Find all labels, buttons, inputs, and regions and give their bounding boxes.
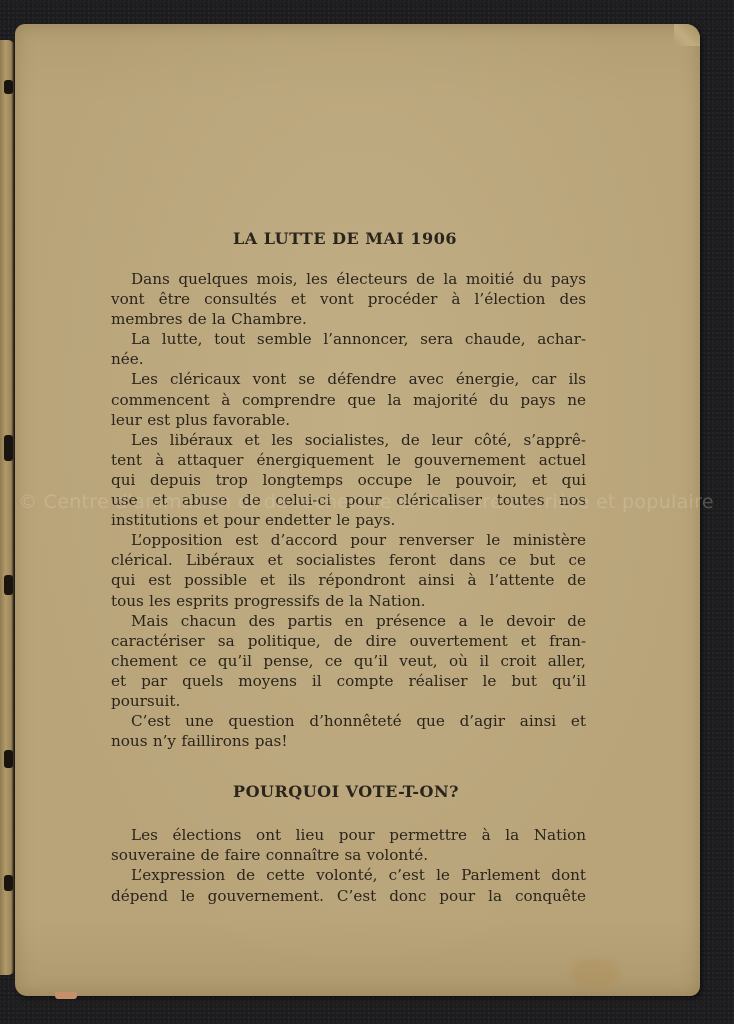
- text-line: dépend le gouvernement. C’est donc pour …: [111, 886, 586, 906]
- text-line: Dans quelques mois, les électeurs de la …: [111, 269, 586, 289]
- torn-edge-mark: [4, 575, 13, 595]
- text-line: chement ce qu’il pense, ce qu’il veut, o…: [111, 651, 586, 671]
- page-content: LA LUTTE DE MAI 1906 Dans quelques mois,…: [96, 228, 586, 906]
- text-line: qui est possible et ils répondront ainsi…: [111, 570, 586, 590]
- text-line: La lutte, tout semble l’annoncer, sera c…: [111, 329, 586, 349]
- text-line: qui depuis trop longtemps occupe le pouv…: [111, 470, 586, 490]
- text-line: Les cléricaux vont se défendre avec éner…: [111, 369, 586, 389]
- text-line: et par quels moyens il compte réaliser l…: [111, 671, 586, 691]
- paper-stain: [570, 959, 620, 989]
- paragraph: C’est une question d’honnêteté que d’agi…: [96, 711, 586, 751]
- page-tab: [55, 992, 77, 999]
- text-line: institutions et pour endetter le pays.: [111, 510, 586, 530]
- text-line: use et abuse de celui-ci pour cléricalis…: [111, 490, 586, 510]
- paragraph: L’opposition est d’accord pour renverser…: [96, 530, 586, 610]
- text-line: C’est une question d’honnêteté que d’agi…: [111, 711, 586, 731]
- text-line: membres de la Chambre.: [111, 309, 586, 329]
- text-line: clérical. Libéraux et socialistes feront…: [111, 550, 586, 570]
- paragraph: Les cléricaux vont se défendre avec éner…: [96, 369, 586, 429]
- text-line: L’opposition est d’accord pour renverser…: [111, 530, 586, 550]
- text-line: L’expression de cette volonté, c’est le …: [111, 865, 586, 885]
- torn-edge-mark: [4, 80, 13, 94]
- paragraph: Dans quelques mois, les électeurs de la …: [96, 269, 586, 329]
- paragraph: Les libéraux et les socialistes, de leur…: [96, 430, 586, 530]
- text-line: nous n’y faillirons pas!: [111, 731, 586, 751]
- text-line: Mais chacun des partis en présence a le …: [111, 611, 586, 631]
- text-line: vont être consultés et vont procéder à l…: [111, 289, 586, 309]
- torn-edge-mark: [4, 875, 13, 891]
- section-heading: LA LUTTE DE MAI 1906: [96, 228, 586, 250]
- text-line: commencent à comprendre que la majorité …: [111, 390, 586, 410]
- section-heading: POURQUOI VOTE-T-ON?: [96, 781, 586, 803]
- text-line: tent à attaquer énergiquement le gouvern…: [111, 450, 586, 470]
- text-line: tous les esprits progressifs de la Natio…: [111, 591, 586, 611]
- torn-edge-mark: [4, 750, 13, 768]
- torn-edge-mark: [4, 435, 13, 461]
- text-line: caractériser sa politique, de dire ouver…: [111, 631, 586, 651]
- text-line: poursuit.: [111, 691, 586, 711]
- paragraph: La lutte, tout semble l’annoncer, sera c…: [96, 329, 586, 369]
- page-stack-edge: [0, 40, 14, 975]
- paragraph: L’expression de cette volonté, c’est le …: [96, 865, 586, 905]
- paragraph: Les élections ont lieu pour permettre à …: [96, 825, 586, 865]
- text-line: Les libéraux et les socialistes, de leur…: [111, 430, 586, 450]
- dog-ear-corner: [674, 24, 700, 46]
- text-line: Les élections ont lieu pour permettre à …: [111, 825, 586, 845]
- paragraph: Mais chacun des partis en présence a le …: [96, 611, 586, 711]
- text-line: souveraine de faire connaître sa volonté…: [111, 845, 586, 865]
- text-line: leur est plus favorable.: [111, 410, 586, 430]
- text-line: née.: [111, 349, 586, 369]
